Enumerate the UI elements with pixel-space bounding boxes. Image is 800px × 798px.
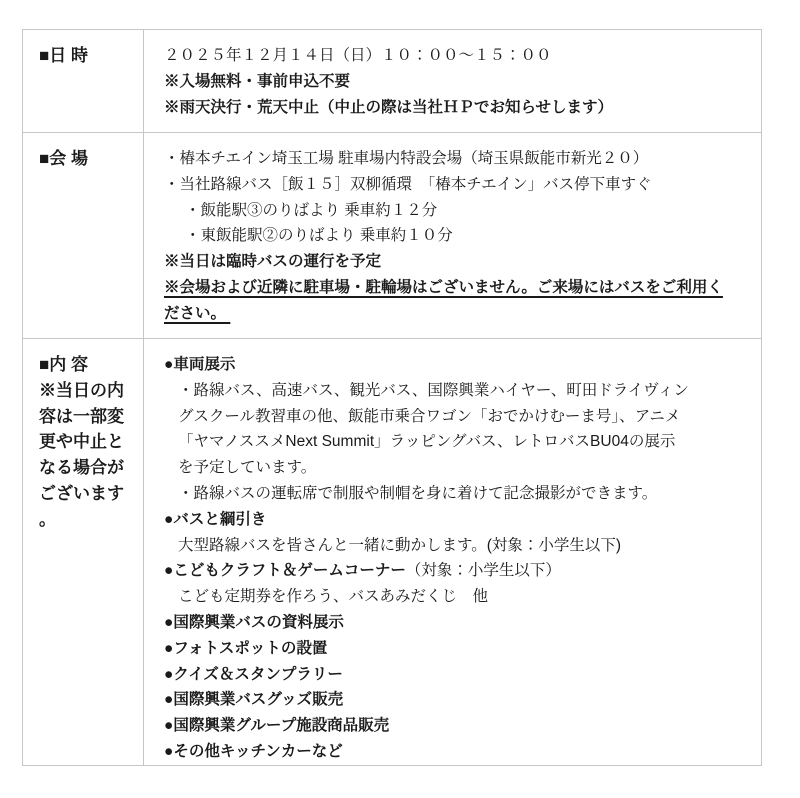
row-header-note-line: ございます [39,481,135,507]
content-line: ※入場無料・事前申込不要 [164,69,747,95]
content-line-text: ※当日は臨時バスの運行を予定 [164,253,381,270]
content-line-text: ●バスと綱引き [164,511,266,528]
content-line-text: ●国際興業グループ施設商品販売 [164,717,389,734]
content-line: ●国際興業グループ施設商品販売 [164,713,747,739]
content-line: ・椿本チエイン埼玉工場 駐車場内特設会場（埼玉県飯能市新光２０） [164,146,747,172]
content-line: ●車両展示 [164,352,747,378]
content-line-text: ●フォトスポットの設置 [164,640,327,657]
content-line: ※会場および近隣に駐車場・駐輪場はございません。ご来場にはバスをご利用く [164,275,747,301]
row-header-note-line: 更や中止と [39,429,135,455]
content-line-text: ※入場無料・事前申込不要 [164,73,350,90]
content-line-text: ださい。 [164,305,230,322]
row-header-cell: ■日 時 [23,30,144,132]
content-line-text: ・椿本チエイン埼玉工場 駐車場内特設会場（埼玉県飯能市新光２０） [164,150,648,167]
content-line: ・路線バス、高速バス、観光バス、国際興業ハイヤー、町田ドライヴィン [164,378,747,404]
content-line-text: こども定期券を作ろう、バスあみだくじ 他 [178,588,488,605]
row-header-note-line: 。 [39,507,135,533]
content-line: ※雨天決行・荒天中止（中止の際は当社ＨＰでお知らせします） [164,95,747,121]
content-line-text: を予定しています。 [178,459,316,476]
content-line-text: ・飯能駅③のりばより 乗車約１２分 [185,202,437,219]
content-line-text: ２０２５年１２月１４日（日）１０：００～１５：００ [164,47,552,64]
row-header-label: ■内 容 [39,352,135,378]
content-line: ・飯能駅③のりばより 乗車約１２分 [164,198,747,224]
content-line-text: 大型路線バスを皆さんと一緒に動かします。(対象：小学生以下) [178,537,621,554]
content-line-text: ・当社路線バス［飯１５］双柳循環 「椿本チエイン」バス停下車すぐ [164,176,652,193]
content-line: ●クイズ＆スタンプラリー [164,662,747,688]
content-line: ●その他キッチンカーなど [164,739,747,765]
content-line: ださい。 [164,301,747,327]
content-line: ●フォトスポットの設置 [164,636,747,662]
row-header-label: ■会 場 [39,146,135,172]
content-line: ・当社路線バス［飯１５］双柳循環 「椿本チエイン」バス停下車すぐ [164,172,747,198]
row-content-cell: ●車両展示・路線バス、高速バス、観光バス、国際興業ハイヤー、町田ドライヴィングス… [144,339,761,765]
content-line-text: ●国際興業バスの資料展示 [164,614,344,631]
content-line: を予定しています。 [164,455,747,481]
content-line: グスクール教習車の他、飯能市乗合ワゴン「おでかけむーま号」、アニメ [164,404,747,430]
event-details-table: ■日 時２０２５年１２月１４日（日）１０：００～１５：００※入場無料・事前申込不… [22,29,762,766]
content-line: ※当日は臨時バスの運行を予定 [164,249,747,275]
content-line: ・東飯能駅②のりばより 乗車約１０分 [164,223,747,249]
row-content-cell: ２０２５年１２月１４日（日）１０：００～１５：００※入場無料・事前申込不要※雨天… [144,30,761,132]
row-header-note-line: なる場合が [39,455,135,481]
table-row-venue: ■会 場・椿本チエイン埼玉工場 駐車場内特設会場（埼玉県飯能市新光２０）・当社路… [23,132,761,338]
row-content-cell: ・椿本チエイン埼玉工場 駐車場内特設会場（埼玉県飯能市新光２０）・当社路線バス［… [144,133,761,338]
content-line-text: 「ヤマノススメNext Summit」ラッピングバス、レトロバスBU04の展示 [178,433,675,450]
content-line: ●国際興業バスグッズ販売 [164,687,747,713]
content-line-text: ●こどもクラフト＆ゲームコーナー [164,562,406,579]
content-line: 「ヤマノススメNext Summit」ラッピングバス、レトロバスBU04の展示 [164,429,747,455]
content-line: こども定期券を作ろう、バスあみだくじ 他 [164,584,747,610]
content-line-text: ●車両展示 [164,356,235,373]
row-header-cell: ■会 場 [23,133,144,338]
content-line: ●国際興業バスの資料展示 [164,610,747,636]
content-line-text: ※雨天決行・荒天中止（中止の際は当社ＨＰでお知らせします） [164,99,613,116]
content-line-text: ●国際興業バスグッズ販売 [164,691,343,708]
row-header-note-line: ※当日の内 [39,378,135,404]
content-line-text: ●その他キッチンカーなど [164,743,343,760]
content-line-text: ・路線バスの運転席で制服や制帽を身に着けて記念撮影ができます。 [178,485,657,502]
content-line: ●バスと綱引き [164,507,747,533]
content-line-text: ※会場および近隣に駐車場・駐輪場はございません。ご来場にはバスをご利用く [164,279,723,296]
content-line: ２０２５年１２月１４日（日）１０：００～１５：００ [164,43,747,69]
table-row-datetime: ■日 時２０２５年１２月１４日（日）１０：００～１５：００※入場無料・事前申込不… [23,30,761,132]
content-line-text: ・東飯能駅②のりばより 乗車約１０分 [185,227,453,244]
row-header-label: ■日 時 [39,43,135,69]
content-line-suffix: （対象：小学生以下） [406,562,561,579]
content-line-text: ・路線バス、高速バス、観光バス、国際興業ハイヤー、町田ドライヴィン [178,382,689,399]
row-header-cell: ■内 容※当日の内容は一部変更や中止となる場合がございます。 [23,339,144,765]
content-line-text: ●クイズ＆スタンプラリー [164,666,343,683]
content-line: 大型路線バスを皆さんと一緒に動かします。(対象：小学生以下) [164,533,747,559]
table-row-contents: ■内 容※当日の内容は一部変更や中止となる場合がございます。●車両展示・路線バス… [23,338,761,765]
content-line-text: グスクール教習車の他、飯能市乗合ワゴン「おでかけむーま号」、アニメ [178,408,680,425]
content-line: ●こどもクラフト＆ゲームコーナー（対象：小学生以下） [164,558,747,584]
row-header-note-line: 容は一部変 [39,404,135,430]
content-line: ・路線バスの運転席で制服や制帽を身に着けて記念撮影ができます。 [164,481,747,507]
